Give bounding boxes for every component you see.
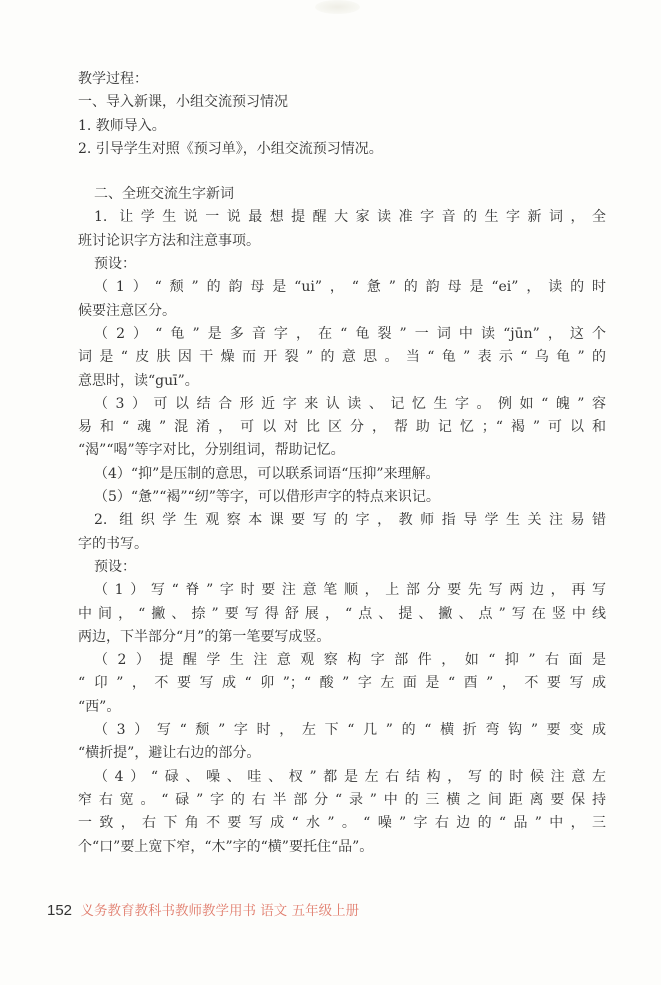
text-line: “渴”“喝”等字对比，分别组词，帮助记忆。 — [78, 439, 606, 462]
text-line: 班讨论识字方法和注意事项。 — [78, 230, 606, 253]
text-line: （5）“惫”“褐”“纫”等字，可以借形声字的特点来识记。 — [78, 486, 606, 509]
text-line: 一致，右下角不要写成“水”。“噪”字右边的“品”中，三 — [78, 812, 606, 835]
text-line: （3）可以结合形近字来认读、记忆生字。例如“魄”容 — [78, 393, 606, 416]
text-line: 候要注意区分。 — [78, 300, 606, 323]
text-line: 个“口”要上宽下窄，“木”字的“横”要托住“品”。 — [78, 836, 606, 859]
text-line: 预设： — [78, 556, 606, 579]
text-line: （3）写“颓”字时，左下“几”的“横折弯钩”要变成 — [78, 719, 606, 742]
book-title: 义务教育教科书教师教学用书 语文 五年级上册 — [80, 903, 359, 919]
text-line: （4）“抑”是压制的意思，可以联系词语“压抑”来理解。 — [78, 463, 606, 486]
text-line: 两边，下半部分“月”的第一笔要写成竖。 — [78, 626, 606, 649]
text-line: （2）提醒学生注意观察构字部件，如“抑”右面是 — [78, 649, 606, 672]
text-line: 易和“魂”混淆，可以对比区分，帮助记忆；“褐”可以和 — [78, 416, 606, 439]
text-line: 一、导入新课，小组交流预习情况 — [78, 91, 606, 114]
text-line: （1）“颓”的韵母是“ui”，“惫”的韵母是“ei”，读的时 — [78, 276, 606, 299]
text-line: “横折提”，避让右边的部分。 — [78, 742, 606, 765]
text-line: 教学过程： — [78, 68, 606, 91]
text-line: 意思时，读“guī”。 — [78, 370, 606, 393]
scan-smudge — [315, 0, 360, 14]
text-line: 二、全班交流生字新词 — [78, 183, 606, 206]
page-number: 152 — [47, 902, 72, 919]
text-line: 词是“皮肤因干燥而开裂”的意思。当“龟”表示“乌龟”的 — [78, 346, 606, 369]
text-line: 1. 教师导入。 — [78, 115, 606, 138]
text-line: 窄右宽。“碌”字的右半部分“录”中的三横之间距离要保持 — [78, 789, 606, 812]
paragraph-gap — [78, 161, 606, 183]
text-line: 中间，“撇、捺”要写得舒展，“点、提、撇、点”写在竖中线 — [78, 603, 606, 626]
text-line: （2）“龟”是多音字，在“龟裂”一词中读“jūn”，这个 — [78, 323, 606, 346]
text-line: “西”。 — [78, 696, 606, 719]
page-footer: 152 义务教育教科书教师教学用书 语文 五年级上册 — [47, 899, 359, 919]
text-line: （1）写“脊”字时要注意笔顺，上部分要先写两边，再写 — [78, 579, 606, 602]
text-line: 2. 组织学生观察本课要写的字，教师指导学生关注易错 — [78, 509, 606, 532]
text-line: 预设： — [78, 253, 606, 276]
text-line: 1. 让学生说一说最想提醒大家读准字音的生字新词，全 — [78, 206, 606, 229]
text-line: （4）“碌、噪、哇、杈”都是左右结构，写的时候注意左 — [78, 766, 606, 789]
text-line: 字的书写。 — [78, 533, 606, 556]
text-line: 2. 引导学生对照《预习单》，小组交流预习情况。 — [78, 138, 606, 161]
text-line: “卬”，不要写成“卯”；“酸”字左面是“酉”，不要写成 — [78, 672, 606, 695]
page-body: 教学过程：一、导入新课，小组交流预习情况1. 教师导入。2. 引导学生对照《预习… — [78, 68, 606, 859]
